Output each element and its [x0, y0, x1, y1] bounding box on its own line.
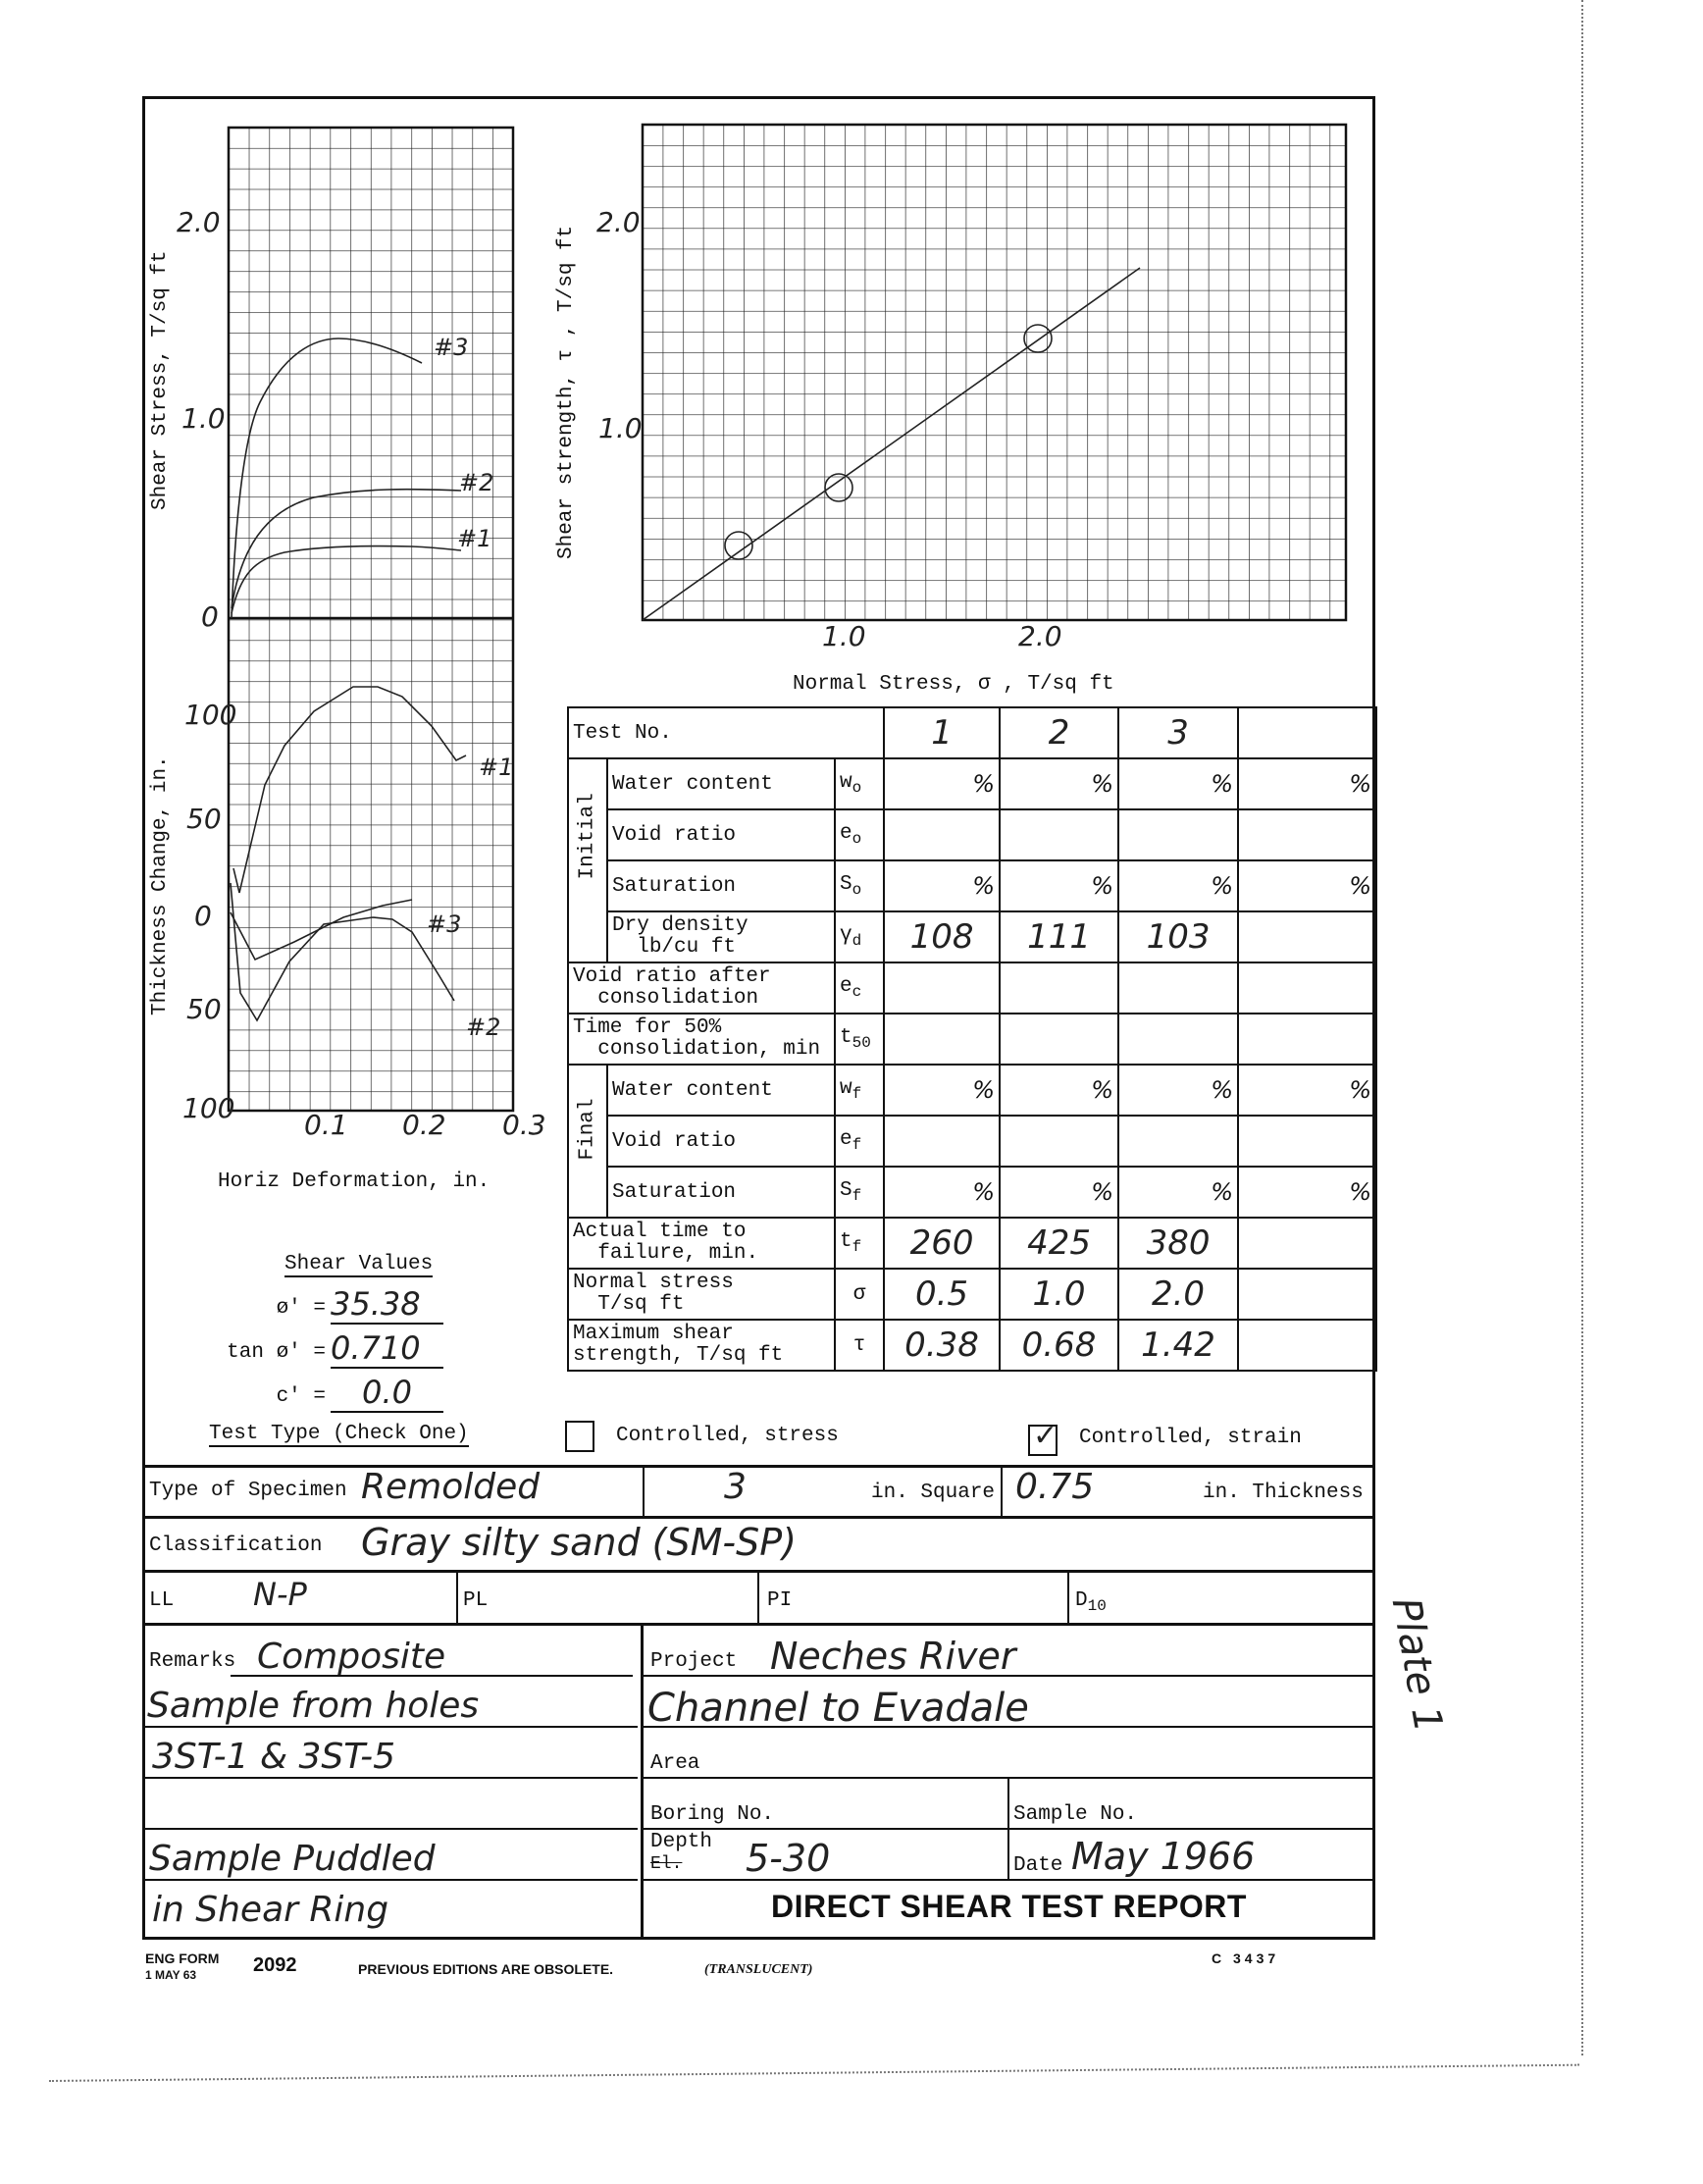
table-row: Saturation Sf % % % %	[568, 1167, 1376, 1218]
square-size-label: in. Square	[871, 1482, 995, 1504]
remarks-line-3: 3ST-1 & 3ST-5	[152, 1737, 395, 1777]
strength-tick-2-0: 2.0	[596, 206, 641, 238]
cell: 108	[884, 911, 1000, 962]
remarks-rule	[142, 1879, 638, 1881]
c-label: c' =	[267, 1385, 326, 1408]
cell: %	[884, 758, 1000, 809]
cell: %	[1118, 758, 1238, 809]
table-row: Saturation So % % % %	[568, 860, 1376, 911]
cell: %	[1000, 758, 1118, 809]
project-label: Project	[650, 1650, 737, 1673]
row-label: Void ratio	[607, 809, 835, 860]
boring-no-label: Boring No.	[650, 1803, 774, 1826]
form-number: 2092	[253, 1954, 297, 1977]
xtick-0-2: 0.2	[402, 1109, 446, 1141]
sample-no-label: Sample No.	[1013, 1803, 1137, 1826]
curve-label-2: #2	[459, 469, 493, 496]
cell: 425	[1000, 1218, 1118, 1269]
initial-group: Initial	[568, 758, 607, 962]
tick-50-top: 50	[186, 803, 222, 835]
xtick-0-1: 0.1	[304, 1109, 348, 1141]
test-results-table: Test No. 1 2 3 Initial Water content wo …	[567, 706, 1377, 1372]
row-label: Void ratio after consolidation	[568, 962, 835, 1014]
row-symbol: ec	[835, 962, 884, 1014]
cell: %	[884, 1167, 1000, 1218]
controlled-stress-checkbox[interactable]	[565, 1421, 594, 1452]
cell	[1238, 1269, 1376, 1320]
cell: 2.0	[1118, 1269, 1238, 1320]
depth-value: 5-30	[746, 1837, 830, 1880]
row-symbol: eo	[835, 809, 884, 860]
cell	[1118, 1014, 1238, 1065]
pl-label: PL	[463, 1589, 488, 1612]
date-value: May 1966	[1071, 1835, 1255, 1878]
row-label: Water content	[607, 758, 835, 809]
stress-tick-2-0: 2.0	[1018, 620, 1062, 652]
row-symbol: wo	[835, 758, 884, 809]
remarks-line-2: Sample from holes	[147, 1686, 479, 1726]
divider	[142, 1465, 1375, 1468]
cell	[1118, 809, 1238, 860]
row-symbol: ef	[835, 1116, 884, 1167]
cell: 0.5	[884, 1269, 1000, 1320]
table-row: Actual time to failure, min. tf 260 425 …	[568, 1218, 1376, 1269]
classification-label: Classification	[149, 1534, 322, 1557]
test-no-1: 1	[884, 707, 1000, 758]
project-rule	[643, 1675, 1375, 1677]
project-rule	[643, 1879, 1375, 1881]
date-label: Date	[1013, 1854, 1062, 1877]
cell	[1238, 809, 1376, 860]
cell: %	[884, 1065, 1000, 1116]
pi-label: PI	[767, 1589, 792, 1612]
row-symbol: tf	[835, 1218, 884, 1269]
tick-1-0: 1.0	[181, 402, 226, 435]
thickness-value: 0.75	[1015, 1467, 1094, 1507]
shear-strength-axis-label: Shear strength, τ , T/sq ft	[555, 226, 578, 559]
cell	[1238, 911, 1376, 962]
row-symbol: t50	[835, 1014, 884, 1065]
cell	[1238, 962, 1376, 1014]
shear-stress-axis-label: Shear Stress, T/sq ft	[149, 250, 172, 510]
row-label: Normal stress T/sq ft	[568, 1269, 835, 1320]
thickness-label: in. Thickness	[1203, 1482, 1364, 1504]
row-symbol: So	[835, 860, 884, 911]
row-label: Water content	[607, 1065, 835, 1116]
divider	[1067, 1570, 1069, 1623]
cell: 1.0	[1000, 1269, 1118, 1320]
project-line-1: Neches River	[770, 1635, 1016, 1678]
thick-label-1: #1	[479, 754, 513, 781]
divider	[456, 1570, 458, 1623]
row-label: Saturation	[607, 860, 835, 911]
remarks-rule	[142, 1726, 638, 1728]
type-of-specimen-value: Remolded	[361, 1467, 540, 1507]
row-symbol: Sf	[835, 1167, 884, 1218]
ll-label: LL	[149, 1589, 174, 1612]
tick-2-0: 2.0	[177, 206, 221, 238]
table-row: Maximum shearstrength, T/sq ft τ 0.38 0.…	[568, 1320, 1376, 1371]
cell: %	[1238, 758, 1376, 809]
cell: %	[1238, 1167, 1376, 1218]
tan-phi-value: 0.710	[331, 1329, 443, 1369]
table-row: Void ratio ef	[568, 1116, 1376, 1167]
cell	[1118, 1116, 1238, 1167]
controlled-strain-checkbox[interactable]: ✓	[1028, 1425, 1058, 1456]
row-symbol: τ	[835, 1320, 884, 1371]
table-row: Final Water content wf % % % %	[568, 1065, 1376, 1116]
cell: 111	[1000, 911, 1118, 962]
cell: 0.38	[884, 1320, 1000, 1371]
thick-label-2: #2	[466, 1014, 500, 1041]
remarks-line-1: Composite	[257, 1637, 445, 1677]
row-symbol: γd	[835, 911, 884, 962]
cell	[1000, 1116, 1118, 1167]
cell: %	[1000, 860, 1118, 911]
remarks-label: Remarks	[149, 1650, 235, 1673]
cell: 1.42	[1118, 1320, 1238, 1371]
shear-values-heading: Shear Values	[284, 1253, 433, 1277]
horiz-deformation-label: Horiz Deformation, in.	[218, 1170, 490, 1193]
row-label: Void ratio	[607, 1116, 835, 1167]
table-row: Void ratio eo	[568, 809, 1376, 860]
eng-form-label: ENG FORM1 MAY 63	[145, 1950, 219, 1983]
tick-0-mid: 0	[194, 900, 212, 932]
cell: %	[1118, 1167, 1238, 1218]
cell: %	[1000, 1167, 1118, 1218]
remarks-rule	[142, 1777, 638, 1779]
cell: 0.68	[1000, 1320, 1118, 1371]
table-row: Normal stress T/sq ft σ 0.5 1.0 2.0	[568, 1269, 1376, 1320]
tan-phi-label: tan ø' =	[218, 1341, 326, 1364]
project-rule	[643, 1828, 1375, 1830]
test-no-4	[1238, 707, 1376, 758]
area-label: Area	[650, 1752, 699, 1775]
row-label: Time for 50% consolidation, min	[568, 1014, 835, 1065]
depth-el-label: El.	[650, 1854, 682, 1874]
cell	[1000, 962, 1118, 1014]
control-number: C 3437	[1212, 1950, 1279, 1966]
cell	[1000, 1014, 1118, 1065]
remarks-rule	[142, 1828, 638, 1830]
d10-label: D10	[1075, 1589, 1107, 1615]
type-of-specimen-label: Type of Specimen	[149, 1480, 347, 1502]
remarks-rule	[231, 1675, 633, 1677]
report-title: DIRECT SHEAR TEST REPORT	[643, 1889, 1375, 1925]
depth-label: Depth	[650, 1831, 712, 1853]
row-label: Maximum shearstrength, T/sq ft	[568, 1320, 835, 1371]
cell: %	[1118, 860, 1238, 911]
remarks-line-5: Sample Puddled	[149, 1839, 436, 1879]
row-label: Actual time to failure, min.	[568, 1218, 835, 1269]
check-mark-icon: ✓	[1033, 1419, 1058, 1453]
thick-label-3: #3	[427, 910, 461, 938]
table-row: Dry density lb/cu ft γd 108 111 103	[568, 911, 1376, 962]
table-row: Void ratio after consolidation ec	[568, 962, 1376, 1014]
divider	[1001, 1465, 1003, 1516]
cell: 103	[1118, 911, 1238, 962]
tick-0: 0	[201, 600, 219, 633]
translucent-note: (TRANSLUCENT)	[704, 1962, 812, 1978]
tick-100-top: 100	[184, 699, 236, 731]
final-label: Final	[577, 1122, 599, 1160]
thickness-axis-label: Thickness Change, in.	[149, 755, 172, 1015]
controlled-strain-label: Controlled, strain	[1079, 1427, 1302, 1449]
obsolete-note: PREVIOUS EDITIONS ARE OBSOLETE.	[358, 1961, 613, 1977]
row-label: Saturation	[607, 1167, 835, 1218]
cell: 260	[884, 1218, 1000, 1269]
initial-label: Initial	[577, 842, 599, 879]
ll-value: N-P	[253, 1576, 307, 1613]
row-symbol: wf	[835, 1065, 884, 1116]
cell: %	[1118, 1065, 1238, 1116]
test-no-label: Test No.	[568, 707, 884, 758]
cell	[1238, 1320, 1376, 1371]
cell	[884, 1014, 1000, 1065]
test-no-2: 2	[1000, 707, 1118, 758]
cell	[1238, 1218, 1376, 1269]
cell	[884, 1116, 1000, 1167]
remarks-line-6: in Shear Ring	[152, 1890, 388, 1930]
cell	[1238, 1116, 1376, 1167]
cell: %	[1000, 1065, 1118, 1116]
project-line-2: Channel to Evadale	[647, 1686, 1029, 1731]
square-size-value: 3	[724, 1467, 747, 1507]
xtick-0-3: 0.3	[502, 1109, 546, 1141]
row-symbol: σ	[835, 1269, 884, 1320]
divider	[643, 1465, 645, 1516]
curve-label-3: #3	[434, 334, 468, 361]
table-row: Initial Water content wo % % % %	[568, 758, 1376, 809]
c-value: 0.0	[331, 1374, 443, 1413]
tick-50-bottom: 50	[186, 993, 222, 1025]
project-rule	[643, 1726, 1375, 1728]
tick-100-bottom: 100	[182, 1092, 234, 1124]
divider	[757, 1570, 759, 1623]
cell	[1000, 809, 1118, 860]
cell	[1118, 962, 1238, 1014]
strength-tick-1-0: 1.0	[598, 412, 643, 444]
divider	[142, 1623, 1375, 1626]
final-group: Final	[568, 1065, 607, 1218]
cell: 380	[1118, 1218, 1238, 1269]
cell: %	[1238, 860, 1376, 911]
controlled-stress-label: Controlled, stress	[616, 1425, 839, 1447]
divider	[142, 1516, 1375, 1519]
phi-value: 35.38	[331, 1285, 443, 1325]
test-type-label: Test Type (Check One)	[209, 1423, 469, 1447]
test-no-3: 3	[1118, 707, 1238, 758]
table-row: Time for 50% consolidation, min t50	[568, 1014, 1376, 1065]
table-row-test-no: Test No. 1 2 3	[568, 707, 1376, 758]
phi-label: ø' =	[267, 1297, 326, 1320]
classification-value: Gray silty sand (SM-SP)	[361, 1521, 797, 1564]
cell	[884, 962, 1000, 1014]
curve-label-1: #1	[457, 525, 491, 552]
cell: %	[1238, 1065, 1376, 1116]
row-label: Dry density lb/cu ft	[607, 911, 835, 962]
cell	[884, 809, 1000, 860]
normal-stress-axis-label: Normal Stress, σ , T/sq ft	[793, 673, 1114, 696]
cell	[1238, 1014, 1376, 1065]
stress-tick-1-0: 1.0	[822, 620, 866, 652]
cell: %	[884, 860, 1000, 911]
